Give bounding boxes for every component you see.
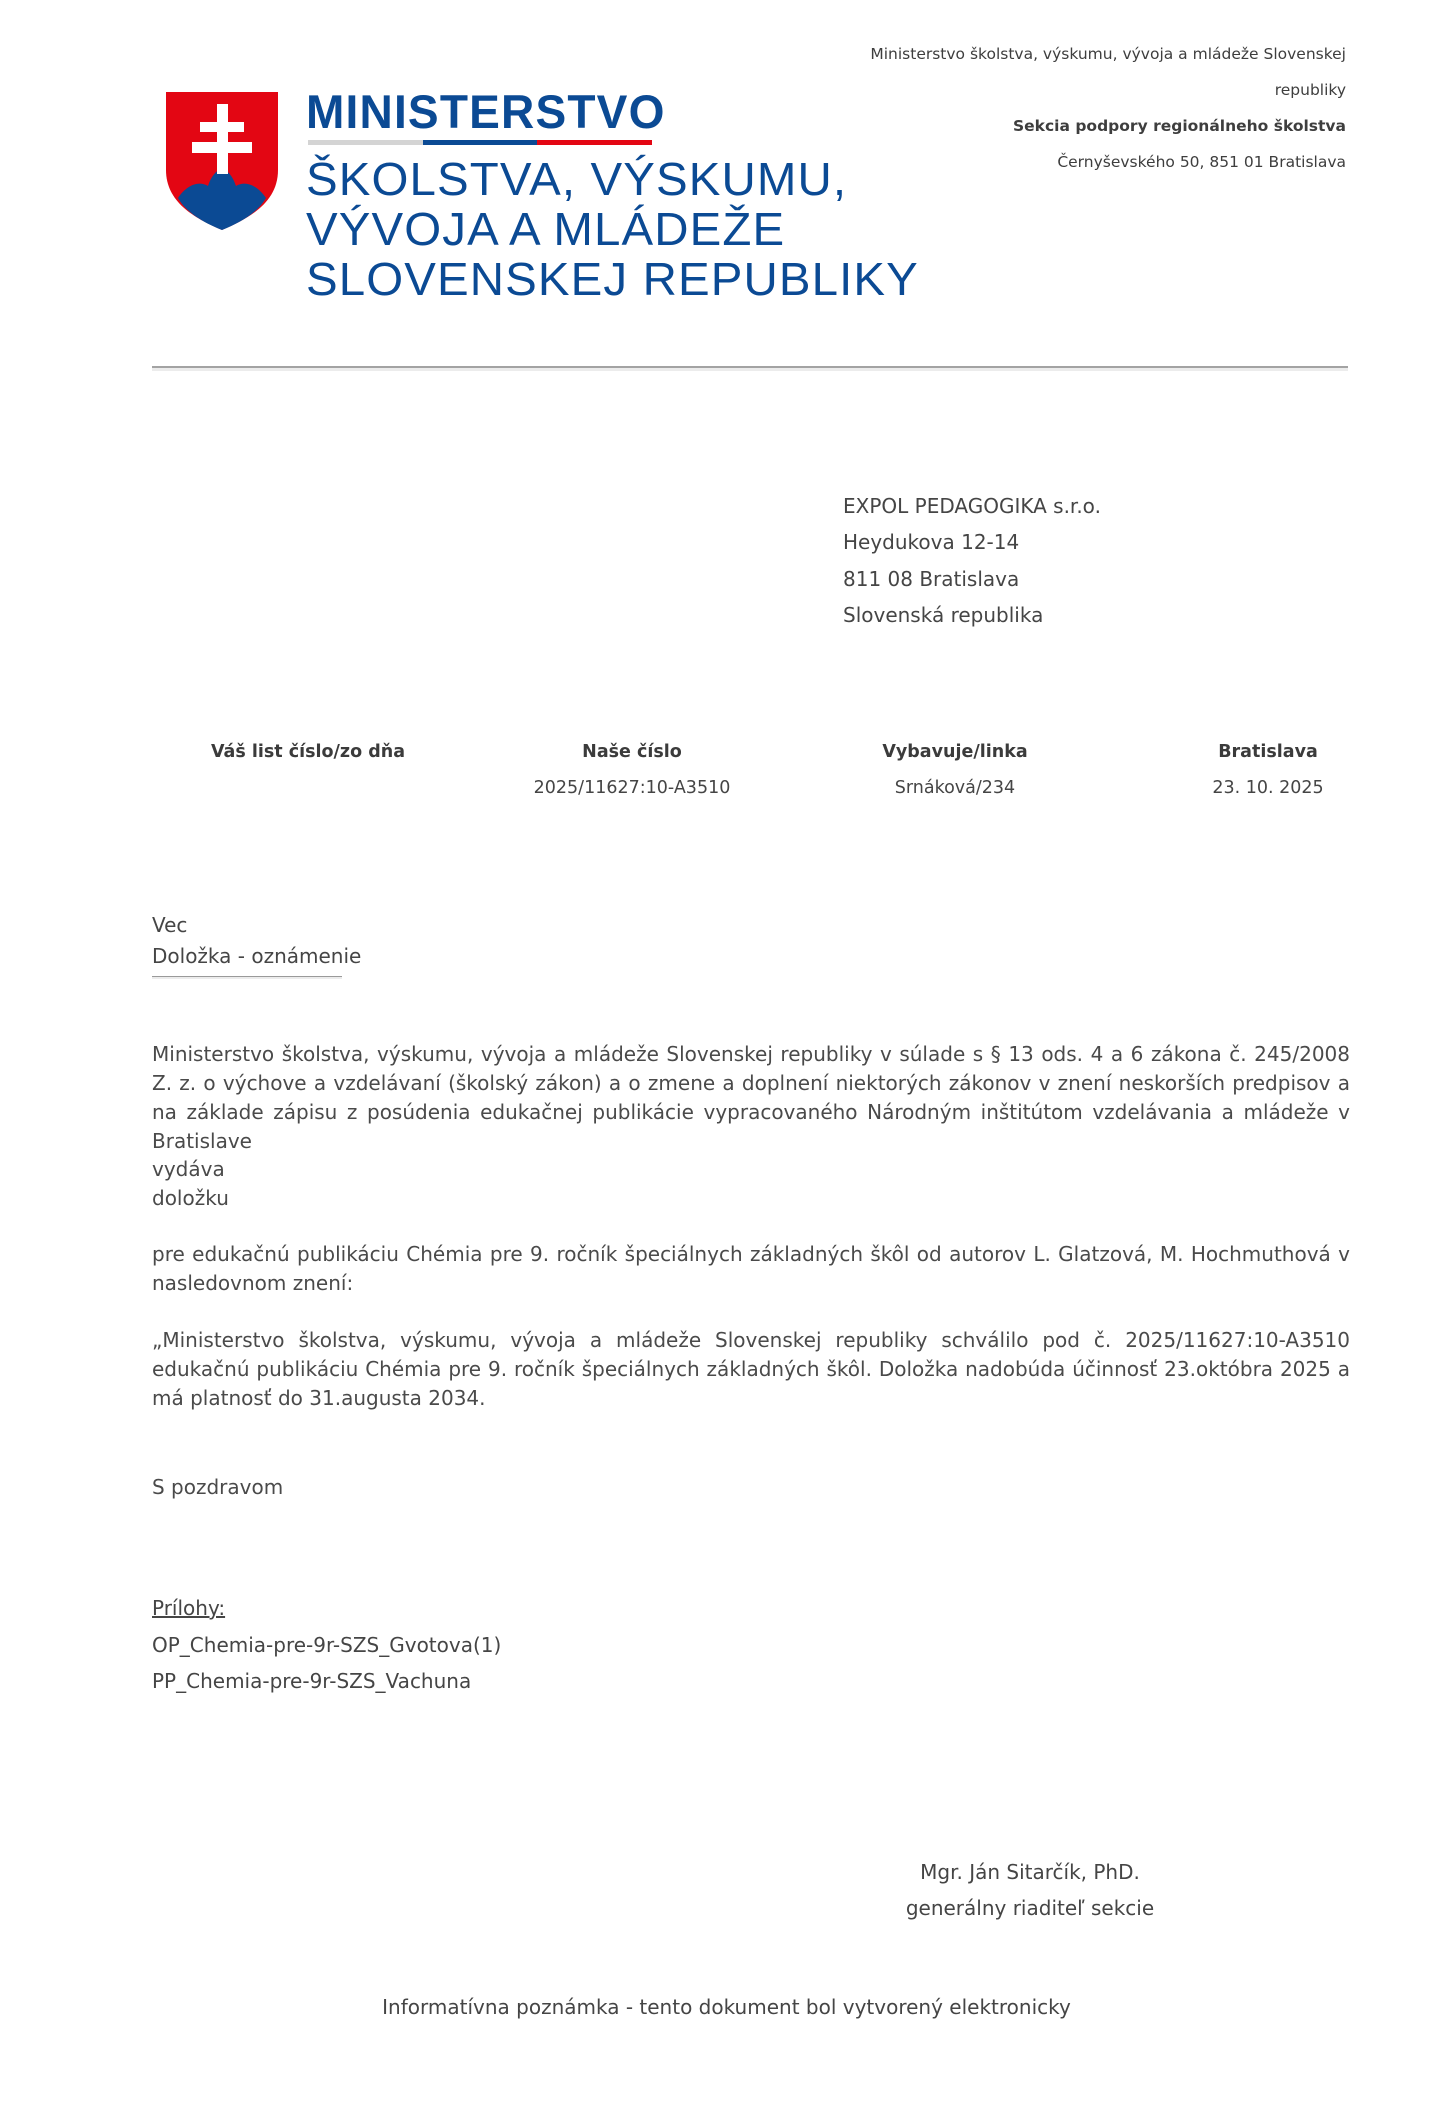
body-paragraph: pre edukačnú publikáciu Chémia pre 9. ro… <box>152 1240 1350 1298</box>
sender-org-cont: republiky <box>746 72 1346 108</box>
reference-value: 2025/11627:10-A3510 <box>472 771 792 805</box>
clause-text: „Ministerstvo školstva, výskumu, vývoja … <box>152 1326 1350 1413</box>
issue-verb: vydáva <box>152 1155 1350 1184</box>
subject-block: Vec Doložka - oznámenie <box>152 910 361 972</box>
reference-value: 23. 10. 2025 <box>1108 771 1428 805</box>
recipient-street: Heydukova 12-14 <box>843 524 1101 560</box>
recipient-city: 811 08 Bratislava <box>843 561 1101 597</box>
reference-header: Váš list číslo/zo dňa <box>148 735 468 771</box>
attachments-title: Prílohy: <box>152 1590 501 1627</box>
attachments-block: Prílohy: OP_Chemia-pre-9r-SZS_Gvotova(1)… <box>152 1590 501 1700</box>
closing-greeting: S pozdravom <box>152 1473 1350 1502</box>
recipient-name: EXPOL PEDAGOGIKA s.r.o. <box>843 488 1101 524</box>
reference-header: Vybavuje/linka <box>795 735 1115 771</box>
subject-underline <box>152 976 342 979</box>
sender-section: Sekcia podpory regionálneho školstva <box>746 108 1346 144</box>
footer-note: Informatívna poznámka - tento dokument b… <box>0 1992 1453 2022</box>
attachment-item: OP_Chemia-pre-9r-SZS_Gvotova(1) <box>152 1627 501 1664</box>
subject-text: Doložka - oznámenie <box>152 941 361 972</box>
reference-column: Bratislava 23. 10. 2025 <box>1108 735 1428 805</box>
recipient-country: Slovenská republika <box>843 597 1101 633</box>
reference-header: Naše číslo <box>472 735 792 771</box>
reference-value: Srnáková/234 <box>795 771 1115 805</box>
header-divider <box>152 366 1348 371</box>
signatory-title: generálny riaditeľ sekcie <box>880 1890 1180 1926</box>
reference-column: Vybavuje/linka Srnáková/234 <box>795 735 1115 805</box>
signatory-name: Mgr. Ján Sitarčík, PhD. <box>880 1854 1180 1890</box>
sender-org: Ministerstvo školstva, výskumu, vývoja a… <box>746 36 1346 72</box>
sender-address: Černyševského 50, 851 01 Bratislava <box>746 144 1346 180</box>
logo-tricolor-stripe <box>308 140 652 145</box>
reference-column: Naše číslo 2025/11627:10-A3510 <box>472 735 792 805</box>
signature-block: Mgr. Ján Sitarčík, PhD. generálny riadit… <box>880 1854 1180 1926</box>
attachment-item: PP_Chemia-pre-9r-SZS_Vachuna <box>152 1663 501 1700</box>
subject-label: Vec <box>152 910 361 941</box>
issue-object: doložku <box>152 1184 1350 1213</box>
reference-column: Váš list číslo/zo dňa <box>148 735 468 805</box>
reference-header: Bratislava <box>1108 735 1428 771</box>
logo-subtitle-line: SLOVENSKEJ REPUBLIKY <box>306 254 919 304</box>
coat-of-arms-icon <box>164 90 280 232</box>
recipient-block: EXPOL PEDAGOGIKA s.r.o. Heydukova 12-14 … <box>843 488 1101 633</box>
reference-value <box>148 771 468 805</box>
logo-subtitle-line: VÝVOJA A MLÁDEŽE <box>306 204 785 254</box>
body-paragraph: Ministerstvo školstva, výskumu, vývoja a… <box>152 1040 1350 1156</box>
sender-block: Ministerstvo školstva, výskumu, vývoja a… <box>746 36 1346 180</box>
body-paragraph: vydáva doložku <box>152 1155 1350 1213</box>
logo-title: MINISTERSTVO <box>306 84 666 139</box>
